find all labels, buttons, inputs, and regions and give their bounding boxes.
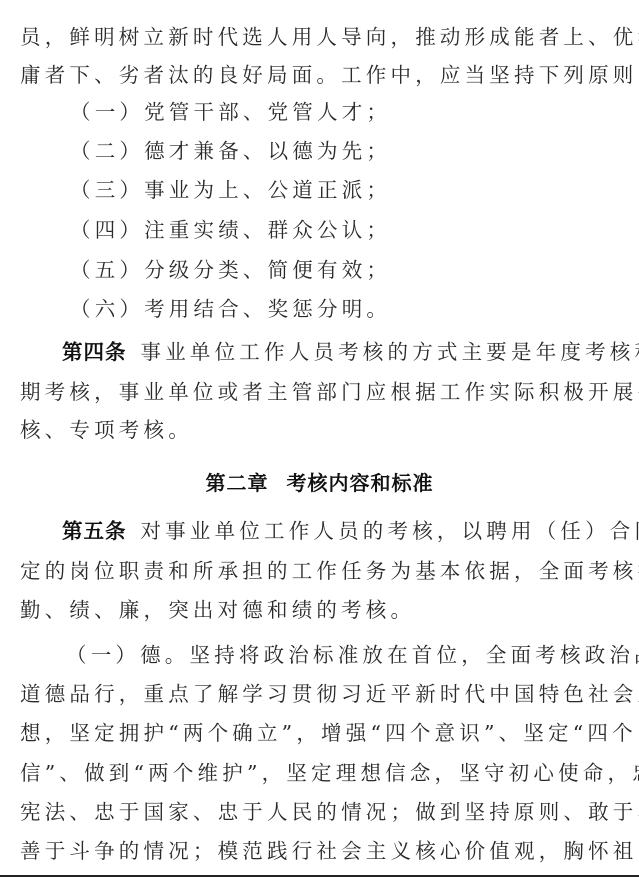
article5-line-2: 定的岗位职责和所承担的工作任务为基本依据，全面考核德、能、	[20, 558, 639, 584]
chapter-heading: 第二章考核内容和标准	[0, 470, 639, 496]
virtue-line-5: 宪法、忠于国家、忠于人民的情况；做到坚持原则、敢于斗争、	[20, 799, 639, 825]
virtue-line-6: 善于斗争的情况；模范践行社会主义核心价值观，胸怀祖国、服	[20, 838, 639, 864]
principle-4: （四）注重实绩、群众公认；	[70, 217, 391, 243]
article5-line-1: 第五条对事业单位工作人员的考核，以聘用（任）合同规	[62, 518, 639, 544]
chapter-title: 考核内容和标准	[287, 471, 434, 495]
virtue-line-3: 想，坚定拥护“两个确立”，增强“四个意识”、坚定“四个自	[20, 720, 639, 746]
virtue-line-1: （一）德。坚持将政治标准放在首位，全面考核政治品质和	[66, 642, 639, 668]
article4-label: 第四条	[62, 340, 127, 364]
article4-text-1: 事业单位工作人员考核的方式主要是年度考核和聘	[141, 340, 639, 364]
article4-line-3: 核、专项考核。	[20, 417, 193, 443]
intro-line-2: 庸者下、劣者汰的良好局面。工作中，应当坚持下列原则：	[20, 62, 639, 88]
principle-6: （六）考用结合、奖惩分明。	[70, 296, 391, 322]
article5-line-3: 勤、绩、廉，突出对德和绩的考核。	[20, 597, 415, 623]
article5-text-1: 对事业单位工作人员的考核，以聘用（任）合同规	[141, 519, 639, 543]
principle-1: （一）党管干部、党管人才；	[70, 99, 391, 125]
intro-line-1: 员，鲜明树立新时代选人用人导向，推动形成能者上、优者奖、	[20, 24, 639, 50]
principle-2: （二）德才兼备、以德为先；	[70, 138, 391, 164]
article5-label: 第五条	[62, 519, 127, 543]
chapter-number: 第二章	[206, 471, 269, 495]
virtue-line-4: 信”、做到“两个维护”，坚定理想信念，坚守初心使命，忠于	[20, 760, 639, 786]
article4-line-2: 期考核，事业单位或者主管部门应根据工作实际积极开展平时考	[20, 379, 639, 405]
principle-3: （三）事业为上、公道正派；	[70, 177, 391, 203]
page-bottom-border	[0, 875, 639, 877]
principle-5: （五）分级分类、简便有效；	[70, 257, 391, 283]
virtue-line-2: 道德品行，重点了解学习贯彻习近平新时代中国特色社会主义思	[20, 681, 639, 707]
article4-line-1: 第四条事业单位工作人员考核的方式主要是年度考核和聘	[62, 339, 639, 365]
